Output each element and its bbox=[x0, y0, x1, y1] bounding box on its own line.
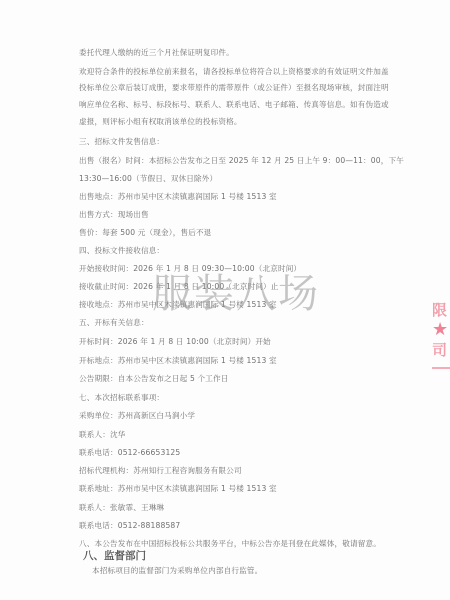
document-line: 采购单位：苏州高新区白马涧小学 bbox=[79, 411, 195, 421]
document-line: 八、本公告发布在中国招标投标公共服务平台，中标公告亦是刊登在此媒体，敬请留意。 bbox=[79, 539, 381, 549]
document-line: 响应单位名称、标号、标段标号、联系人、联系电话、电子邮箱、传真等信息。如有伪造或 bbox=[79, 100, 389, 110]
document-line: 联系电话：0512-88188587 bbox=[79, 521, 180, 531]
document-line: 公告期限：自本公告发布之日起 5 个工作日 bbox=[79, 374, 229, 384]
seal-star-icon: ★ bbox=[432, 320, 450, 340]
seal-char-bottom: 司 bbox=[432, 340, 450, 360]
document-line: 七、本次招标联系事项： bbox=[79, 393, 164, 403]
document-line: 投标单位公章后装订成册，要求带原件的需带原件（或公证件）至报名现场审核，封面注明 bbox=[79, 83, 389, 93]
document-line: 委托代理人缴纳的近三个月社保证明复印件。 bbox=[79, 48, 234, 58]
red-seal-stamp: 限 ★ 司 bbox=[432, 300, 450, 370]
document-line: 出售方式：现场出售 bbox=[79, 210, 149, 220]
section-body-supervision: 本招标项目的监督部门为采购单位内部自行监管。 bbox=[92, 566, 262, 576]
document-line: 五、开标有关信息： bbox=[79, 318, 149, 328]
seal-border-arc bbox=[432, 367, 450, 369]
document-line: 联系人：沈华 bbox=[79, 430, 125, 440]
document-line: 联系人：张敏霏、王琳琳 bbox=[79, 503, 164, 513]
document-line: 联系电话：0512-66653125 bbox=[79, 448, 180, 458]
document-line: 四、投标文件接收信息： bbox=[79, 246, 164, 256]
document-line: 开标时间：2026 年 1 月 8 日 10:00（北京时间）开始 bbox=[79, 337, 271, 347]
document-line: 招标代理机构：苏州知行工程咨询服务有限公司 bbox=[79, 466, 242, 476]
document-line: 13:30—16:00（节假日、双休日除外） bbox=[79, 174, 217, 184]
section-heading-supervision: 八、监督部门 bbox=[83, 550, 146, 563]
seal-char-top: 限 bbox=[432, 300, 450, 320]
document-line: 三、招标文件发售信息： bbox=[79, 137, 164, 147]
document-line: 售价：每套 500 元（现金），售后不退 bbox=[79, 228, 211, 238]
document-line: 出售（报名）时间：本招标公告发布之日至 2025 年 12 月 25 日上午 9… bbox=[79, 156, 404, 166]
watermark-text: 服装八场 bbox=[152, 270, 320, 318]
document-line: 出售地点：苏州市吴中区木渎镇惠润国际 1 号楼 1513 室 bbox=[79, 192, 277, 202]
document-line: 开标地点：苏州市吴中区木渎镇惠润国际 1 号楼 1513 室 bbox=[79, 356, 277, 366]
scanned-document-page: 委托代理人缴纳的近三个月社保证明复印件。欢迎符合条件的投标单位前来报名，请各投标… bbox=[0, 0, 450, 600]
document-line: 欢迎符合条件的投标单位前来报名，请各投标单位将符合以上资格要求的有效证明文件加盖 bbox=[79, 67, 389, 77]
document-line: 虚报，则评标小组有权取消该单位的投标资格。 bbox=[79, 117, 242, 127]
document-line: 联系地址：苏州市吴中区木渎镇惠润国际 1 号楼 1513 室 bbox=[79, 484, 277, 494]
